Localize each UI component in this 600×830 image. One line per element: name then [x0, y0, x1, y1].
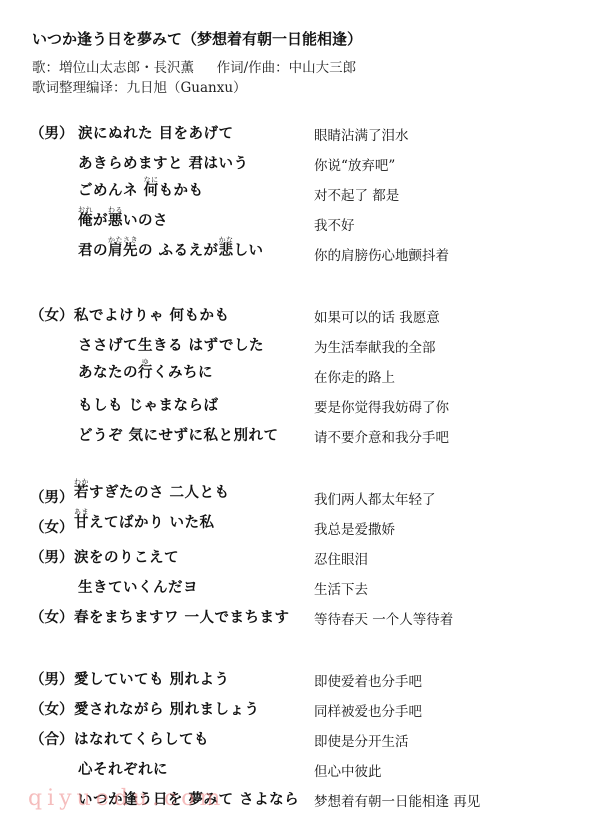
role-label: （女） — [30, 698, 74, 720]
lyric-japanese: はなれてくらしても — [74, 728, 209, 750]
title-japanese: いつか逢う日を夢みて — [32, 30, 182, 48]
lyric-chinese: 如果可以的话 我愿意 — [314, 306, 440, 328]
lyric-chinese: 但心中彼此 — [314, 760, 382, 782]
song-title: いつか逢う日を夢みて（梦想着有朝一日能相逢） — [32, 28, 362, 49]
lyric-japanese: もしも じゃまならば — [78, 394, 219, 416]
translator-label: 歌词整理编译： — [32, 80, 127, 96]
lyric-chinese: 在你走的路上 — [314, 366, 395, 388]
lyric-chinese: 请不要介意和我分手吧 — [314, 426, 449, 448]
lyric-japanese: ごめんネ 何なにもかも — [78, 176, 204, 198]
lyric-chinese: 即使爱着也分手吧 — [314, 670, 422, 692]
lyric-chinese: 对不起了 都是 — [314, 184, 399, 206]
lyric-chinese: 忍住眼泪 — [314, 548, 368, 570]
role-label: （女） — [30, 606, 74, 628]
role-label: （女） — [30, 516, 74, 538]
lyric-chinese: 等待春天 一个人等待着 — [314, 608, 453, 630]
title-chinese: （梦想着有朝一日能相逢） — [182, 30, 362, 48]
lyric-japanese: 涙をのりこえて — [74, 546, 179, 568]
lyric-japanese: 心それぞれに — [78, 758, 168, 780]
singer: 増位山太志郎・長沢薫 — [59, 60, 194, 76]
role-label: （男） — [30, 486, 74, 508]
credits-translator: 歌词整理编译：九日旭（Guanxu） — [32, 76, 247, 96]
lyric-chinese: 同样被爱也分手吧 — [314, 700, 422, 722]
lyric-japanese: どうぞ 気にせずに私と別れて — [78, 424, 279, 446]
role-label: （男） — [30, 546, 74, 568]
singer-label: 歌： — [32, 60, 59, 76]
lyric-japanese: 君の肩先かたさきの ふるえが悲かなしい — [78, 236, 264, 258]
lyric-japanese: 若わかすぎたのさ 二人とも — [74, 478, 230, 500]
composer-label: 作词/作曲： — [217, 60, 289, 76]
lyric-chinese: 我们两人都太年轻了 — [314, 488, 436, 510]
role-label: （合） — [30, 728, 74, 750]
translator: 九日旭（Guanxu） — [127, 80, 247, 96]
role-label: （男） — [30, 122, 74, 144]
lyric-japanese: 生きていくんだヨ — [78, 576, 198, 598]
composer: 中山大三郎 — [289, 60, 357, 76]
lyric-japanese: 俺おれが悪わるいのさ — [78, 206, 168, 228]
lyric-japanese: 愛していても 別れよう — [74, 668, 230, 690]
credits-singer-composer: 歌：増位山太志郎・長沢薫 作词/作曲：中山大三郎 — [32, 56, 356, 76]
lyric-chinese: 你说“放弃吧” — [314, 154, 395, 176]
lyric-chinese: 梦想着有朝一日能相逢 再见 — [314, 790, 480, 812]
lyric-chinese: 我不好 — [314, 214, 355, 236]
lyric-japanese: 愛されながら 別れましょう — [74, 698, 260, 720]
lyric-japanese: あなたの行ゆくみちに — [78, 358, 213, 380]
lyric-japanese: ささげて生きる はずでした — [78, 334, 264, 356]
role-label: （男） — [30, 668, 74, 690]
role-label: （女） — [30, 304, 74, 326]
lyric-japanese: 甘あまえてばかり いた私 — [74, 508, 215, 530]
lyric-japanese: いつか逢う日を 夢みて さよなら — [78, 788, 299, 810]
lyric-chinese: 生活下去 — [314, 578, 368, 600]
lyric-chinese: 为生活奉献我的全部 — [314, 336, 436, 358]
lyric-japanese: 私でよけりゃ 何もかも — [74, 304, 230, 326]
lyric-chinese: 我总是爱撒娇 — [314, 518, 395, 540]
lyric-japanese: 春をまちますワ 一人でまちます — [74, 606, 290, 628]
lyric-japanese: あきらめますと 君はいう — [78, 152, 249, 174]
lyric-chinese: 即使是分开生活 — [314, 730, 409, 752]
lyric-chinese: 眼睛沾满了泪水 — [314, 124, 409, 146]
lyric-japanese: 涙にぬれた 目をあげて — [78, 122, 234, 144]
lyric-chinese: 要是你觉得我妨碍了你 — [314, 396, 449, 418]
lyric-chinese: 你的肩膀伤心地颤抖着 — [314, 244, 449, 266]
